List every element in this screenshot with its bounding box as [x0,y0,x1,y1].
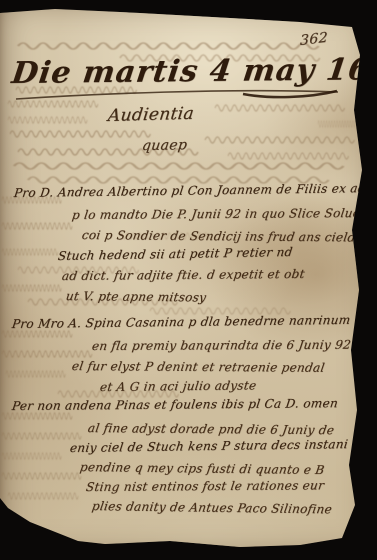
manuscript-line: Pro Mro A. Spina Casanina p dla benedrne… [11,313,351,331]
manuscript-line: coi p Sondier de Sendicij ins frud ans c… [81,228,357,244]
manuscript-line: el fur elyst P denint et retraenie penda… [71,359,326,375]
manuscript-page: 362 Die martis 4 may 1632 Audientia quae… [0,0,377,560]
manuscript-line: Pro D. Andrea Albertino pl Con Joannem d… [13,180,377,200]
date-heading: Die martis 4 may 1632 [10,52,377,91]
session-title: Audientia [107,104,195,126]
manuscript-line: eniy ciel de Stuch kens P stura decs ins… [69,437,349,455]
folio-number: 362 [300,30,328,49]
manuscript-line: al fine adyst dorade pnd die 6 Juniy de [87,421,335,437]
manuscript-line: Stuch hedend sii ati petit P retier nd [57,245,293,263]
scan-background: 362 Die martis 4 may 1632 Audientia quae… [0,0,377,560]
manuscript-line: Sting nist entinos fost le rationes eur [85,478,325,494]
manuscript-line: p lo mandto Die P. Junii 92 in quo Slice… [71,206,361,222]
manuscript-line: et A G in aci julio adyste [99,378,257,394]
manuscript-line: ut V. pte apne mitsosy [65,289,207,304]
manuscript-line: pendine q mey cips fusti di quanto e B [79,460,326,477]
session-subtitle: quaep [141,137,188,154]
manuscript-line: en fla premiy banqurindta die 6 Juniy 92 [91,338,352,353]
manuscript-line: ad dict. fur adjite ftie. d expetit et o… [61,267,306,283]
manuscript-line: Per non andena Pinas et foulens ibis pl … [11,396,339,413]
manuscript-line: plies danity de Antues Paco Silinofine [91,499,333,516]
